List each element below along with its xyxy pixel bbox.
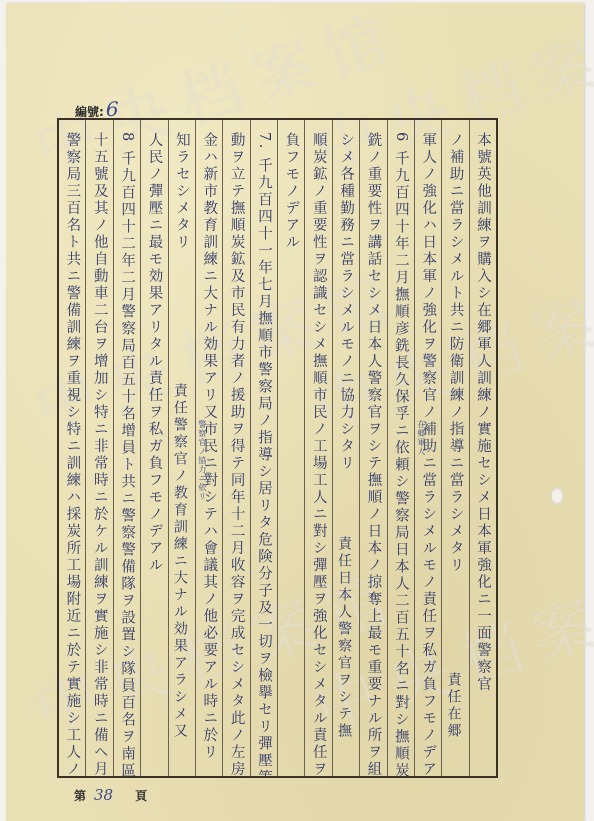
text-column: 十五號及其ノ他自動車二台ヲ增加シ特ニ非常時ニ於ケル訓練ヲ實施シ非常時ニ備ヘ月二回 bbox=[85, 120, 112, 776]
responsibility-note: 責任日本人警察官ヲシテ撫 bbox=[334, 536, 354, 740]
responsibility-note: 責任在郷 bbox=[444, 672, 464, 740]
page-prefix: 第 bbox=[74, 789, 86, 803]
serial-label: 編號: bbox=[75, 105, 104, 119]
handwritten-line: 順炭鉱ノ重要性ヲ認識セシメ撫順市民ノ工場工人ニ對シ彈壓ヲ強化セシメタル責任ヲ私ガ bbox=[309, 132, 329, 770]
text-column: 人民ノ彈壓ニ最モ効果アリタル責任ヲ私ガ負フモノデアル bbox=[140, 120, 167, 776]
text-column: 警察局三百名ト共ニ警備訓練ヲ重視シ特ニ訓練ハ採炭所工場附近ニ於テ實施シ工人ノ彈壓… bbox=[59, 120, 85, 776]
binding-hole bbox=[551, 488, 563, 504]
text-column: 銑ノ重要性ヲ講話セシメ日本人警察官ヲシテ撫順ノ日本ノ掠奪上最モ重要ナル所ヲ組織シ bbox=[359, 120, 386, 776]
margin-annotation: 在郷軍人 bbox=[416, 420, 427, 456]
text-column: 負フモノデアル bbox=[277, 120, 304, 776]
text-column: 7. 千九百四十一年七月撫順市警察局ノ指導シ居リタ危険分子及一切ヲ檢擧セリ彈壓策 bbox=[250, 120, 277, 776]
ruled-writing-frame: 本號英他訓練ヲ購入シ在郷軍人訓練ノ實施セシメ日本軍強化ニ一面警察官ノ補助ニ當ラシ… bbox=[57, 118, 498, 778]
text-column: ノ補助ニ當ラシメルト共ニ防衛訓練ノ指導ニ當ラシメタリ責任在郷 bbox=[441, 120, 468, 776]
page-number: 38 bbox=[94, 786, 113, 804]
handwritten-line: 負フモノデアル bbox=[281, 132, 301, 770]
text-column: 本號英他訓練ヲ購入シ在郷軍人訓練ノ實施セシメ日本軍強化ニ一面警察官 bbox=[469, 120, 496, 776]
text-column: 順炭鉱ノ重要性ヲ認識セシメ撫順市民ノ工場工人ニ對シ彈壓ヲ強化セシメタル責任ヲ私ガ bbox=[304, 120, 331, 776]
handwritten-line: 6 千九百四十年二月撫順彦銑長久保孚ニ依頼シ警察局日本人二百五十名ニ對シ撫順炭 bbox=[391, 132, 411, 770]
page-footer: 第38頁 bbox=[74, 786, 147, 804]
handwritten-line: 十五號及其ノ他自動車二台ヲ增加シ特ニ非常時ニ於ケル訓練ヲ實施シ非常時ニ備ヘ月二回 bbox=[90, 132, 110, 770]
handwritten-line: 7. 千九百四十一年七月撫順市警察局ノ指導シ居リタ危険分子及一切ヲ檢擧セリ彈壓策 bbox=[254, 132, 274, 770]
handwritten-line: 銑ノ重要性ヲ講話セシメ日本人警察官ヲシテ撫順ノ日本ノ掠奪上最モ重要ナル所ヲ組織シ bbox=[364, 132, 384, 770]
handwritten-line: 人民ノ彈壓ニ最モ効果アリタル責任ヲ私ガ負フモノデアル bbox=[145, 132, 165, 770]
text-column: 知ラセシメタリ責任警察官ノ教育訓練ニ大ナル効果アラシメ又 bbox=[168, 120, 195, 776]
margin-annotation: 警察官ノ協力ニ依リ bbox=[197, 420, 208, 501]
text-column: 軍人ノ強化ハ日本軍ノ強化ヲ警察官ノ補助ニ當ラシメルモノ責任ヲ私ガ負フモノデアル在… bbox=[414, 120, 441, 776]
text-column: 6 千九百四十年二月撫順彦銑長久保孚ニ依頼シ警察局日本人二百五十名ニ對シ撫順炭 bbox=[387, 120, 414, 776]
handwritten-line: 警察局三百名ト共ニ警備訓練ヲ重視シ特ニ訓練ハ採炭所工場附近ニ於テ實施シ工人ノ彈壓… bbox=[62, 132, 82, 770]
text-column: シメ各種勤務ニ當ラシメルモノニ協力シタリ責任日本人警察官ヲシテ撫 bbox=[332, 120, 359, 776]
page-suffix: 頁 bbox=[135, 789, 147, 803]
handwritten-line: 本號英他訓練ヲ購入シ在郷軍人訓練ノ實施セシメ日本軍強化ニ一面警察官 bbox=[473, 132, 493, 770]
handwritten-line: 動ヲ立テ撫順炭鉱及市民有力者ノ援助ヲ得テ同年十二月收容ヲ完成セシメタ此ノ左房ノ賞 bbox=[227, 132, 247, 770]
text-column: 8 千九百四十二年二月警察局百五十名增員ト共ニ警察警備隊ヲ設置シ隊員百名ヲ南區ニ bbox=[113, 120, 140, 776]
text-column: 動ヲ立テ撫順炭鉱及市民有力者ノ援助ヲ得テ同年十二月收容ヲ完成セシメタ此ノ左房ノ賞 bbox=[222, 120, 249, 776]
text-column: 金ハ新市教育訓練ニ大ナル効果アリ又市民ニ對シテハ會議其ノ他必要アル時ニ於リ警察官… bbox=[195, 120, 222, 776]
responsibility-note: 責任警察官ノ教育訓練ニ大ナル効果アラシメ又 bbox=[170, 383, 190, 740]
handwritten-line: 8 千九百四十二年二月警察局百五十名增員ト共ニ警察警備隊ヲ設置シ隊員百名ヲ南區ニ bbox=[117, 132, 137, 770]
